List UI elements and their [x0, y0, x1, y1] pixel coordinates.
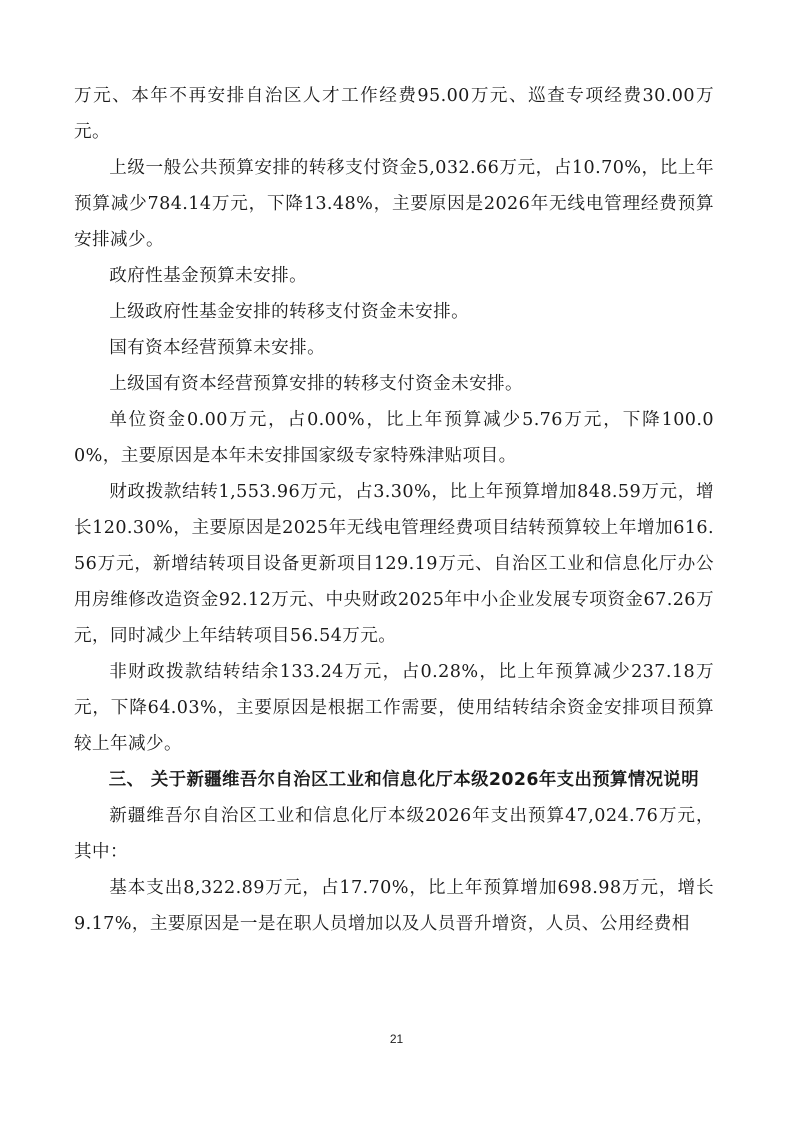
- paragraph-government-fund: 政府性基金预算未安排。: [74, 258, 714, 294]
- section-heading: 三、 关于新疆维吾尔自治区工业和信息化厅本级2026年支出预算情况说明: [74, 762, 714, 798]
- document-page: 万元、本年不再安排自治区人才工作经费95.00万元、巡查专项经费30.00万元。…: [74, 78, 714, 942]
- paragraph-basic-expenditure: 基本支出8,322.89万元，占17.70%，比上年预算增加698.98万元，增…: [74, 870, 714, 942]
- paragraph-government-fund-transfer: 上级政府性基金安排的转移支付资金未安排。: [74, 294, 714, 330]
- paragraph-state-capital-transfer: 上级国有资本经营预算安排的转移支付资金未安排。: [74, 366, 714, 402]
- paragraph-transfer-payment: 上级一般公共预算安排的转移支付资金5,032.66万元，占10.70%，比上年预…: [74, 150, 714, 258]
- paragraph-fiscal-carryover: 财政拨款结转1,553.96万元，占3.30%，比上年预算增加848.59万元，…: [74, 474, 714, 654]
- section-title: 关于新疆维吾尔自治区工业和信息化厅本级2026年支出预算情况说明: [151, 770, 699, 790]
- paragraph-continuation: 万元、本年不再安排自治区人才工作经费95.00万元、巡查专项经费30.00万元。: [74, 78, 714, 150]
- paragraph-unit-funds: 单位资金0.00万元，占0.00%，比上年预算减少5.76万元，下降100.00…: [74, 402, 714, 474]
- section-number: 三、: [109, 770, 145, 790]
- page-number: 21: [0, 1032, 793, 1046]
- paragraph-total-expenditure: 新疆维吾尔自治区工业和信息化厅本级2026年支出预算47,024.76万元，其中…: [74, 798, 714, 870]
- paragraph-non-fiscal-carryover: 非财政拨款结转结余133.24万元，占0.28%，比上年预算减少237.18万元…: [74, 654, 714, 762]
- paragraph-state-capital: 国有资本经营预算未安排。: [74, 330, 714, 366]
